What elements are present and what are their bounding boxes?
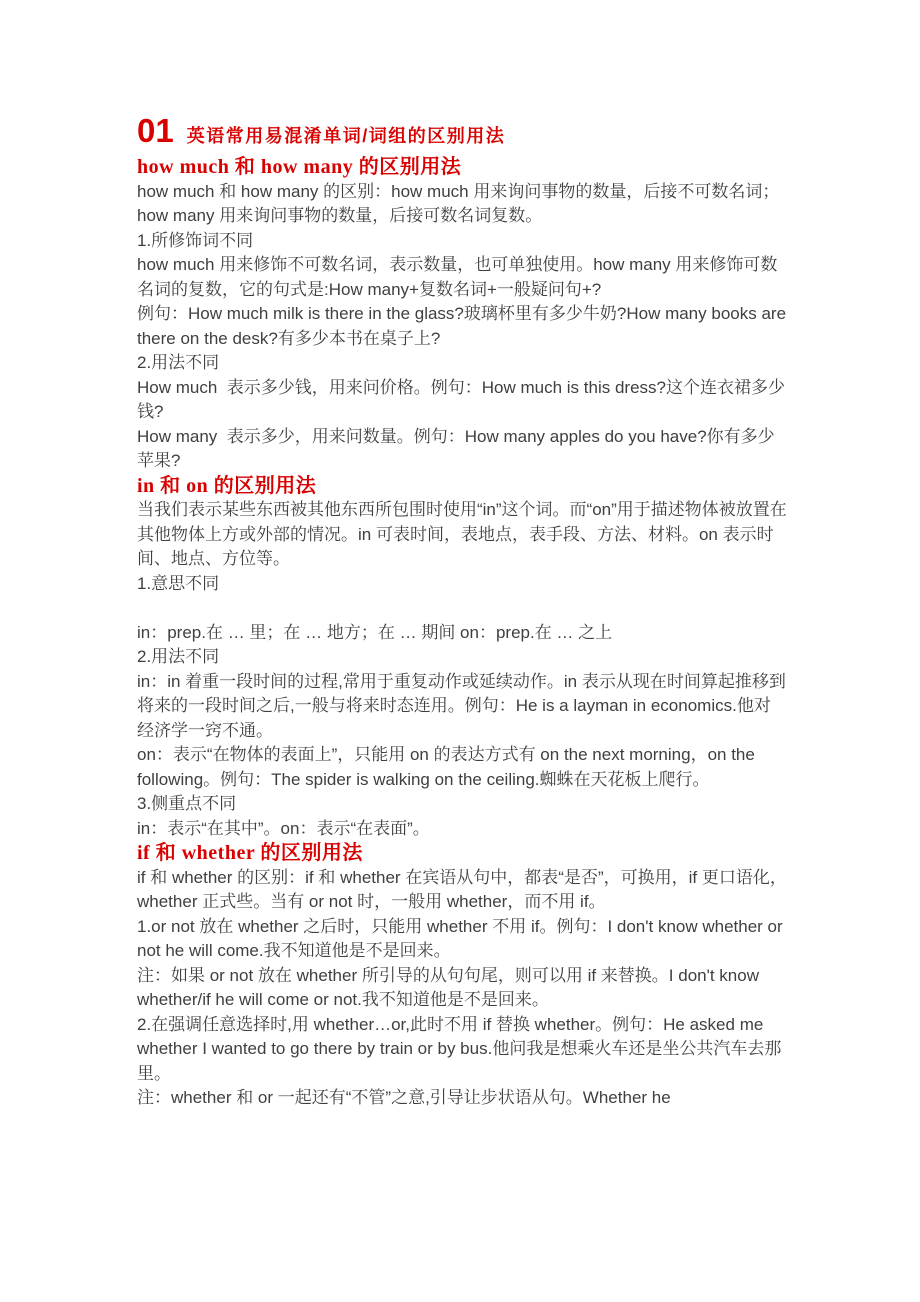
paragraph: 3.侧重点不同 xyxy=(137,792,787,817)
subsection-heading-in-on: in 和 on 的区别用法 xyxy=(137,474,787,499)
document-body: 01 英语常用易混淆单词/词组的区别用法 how much 和 how many… xyxy=(137,114,787,1111)
paragraph: 2.用法不同 xyxy=(137,351,787,376)
section-number: 01 xyxy=(137,114,174,148)
paragraph: 注：whether 和 or 一起还有“不管”之意,引导让步状语从句。Wheth… xyxy=(137,1086,787,1111)
paragraph: in：prep.在 … 里；在 … 地方；在 … 期间 on：prep.在 … … xyxy=(137,621,787,646)
paragraph: 2.用法不同 xyxy=(137,645,787,670)
subsection-heading-if-whether: if 和 whether 的区别用法 xyxy=(137,841,787,866)
paragraph: 2.在强调任意选择时,用 whether…or,此时不用 if 替换 wheth… xyxy=(137,1013,787,1087)
paragraph: on：表示“在物体的表面上”，只能用 on 的表达方式有 on the next… xyxy=(137,743,787,792)
section-heading-row: 01 英语常用易混淆单词/词组的区别用法 xyxy=(137,114,787,148)
paragraph: how much 用来修饰不可数名词，表示数量，也可单独使用。how many … xyxy=(137,253,787,302)
paragraph: How many 表示多少，用来问数量。例句：How many apples d… xyxy=(137,425,787,474)
paragraph: in：in 着重一段时间的过程,常用于重复动作或延续动作。in 表示从现在时间算… xyxy=(137,670,787,744)
subsection-heading-how-much-how-many: how much 和 how many 的区别用法 xyxy=(137,155,787,180)
paragraph: if 和 whether 的区别：if 和 whether 在宾语从句中，都表“… xyxy=(137,866,787,915)
paragraph: in：表示“在其中”。on：表示“在表面”。 xyxy=(137,817,787,842)
section-title: 英语常用易混淆单词/词组的区别用法 xyxy=(187,122,506,148)
paragraph: 例句：How much milk is there in the glass?玻… xyxy=(137,302,787,351)
paragraph: 1.所修饰词不同 xyxy=(137,229,787,254)
paragraph: 1.意思不同 xyxy=(137,572,787,597)
paragraph: how much 和 how many 的区别：how much 用来询问事物的… xyxy=(137,180,787,229)
blank-line xyxy=(137,596,787,621)
paragraph: 当我们表示某些东西被其他东西所包围时使用“in”这个词。而“on”用于描述物体被… xyxy=(137,498,787,572)
paragraph: How much 表示多少钱，用来问价格。例句：How much is this… xyxy=(137,376,787,425)
paragraph: 注：如果 or not 放在 whether 所引导的从句句尾，则可以用 if … xyxy=(137,964,787,1013)
document-page: 01 英语常用易混淆单词/词组的区别用法 how much 和 how many… xyxy=(0,0,920,1302)
paragraph: 1.or not 放在 whether 之后时，只能用 whether 不用 i… xyxy=(137,915,787,964)
